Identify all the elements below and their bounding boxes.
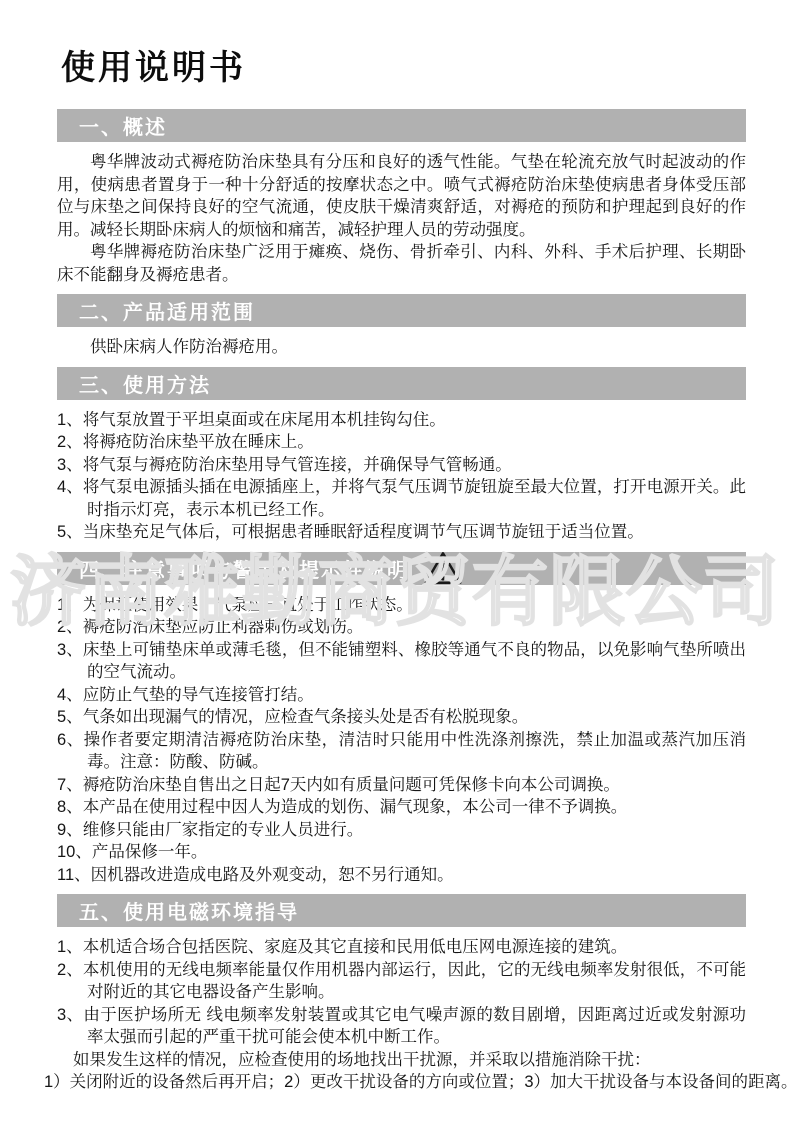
list-item: 6、操作者要定期清洁褥疮防治床垫，清洁时只能用中性洗涤剂擦洗，禁止加温或蒸汽加压… xyxy=(57,729,746,774)
list-item-number: 5、 xyxy=(57,708,83,726)
list-item-text: 将气泵电源插头插在电源插座上，并将气泵气压调节旋钮旋至最大位置，打开电源开关。此… xyxy=(83,478,746,519)
list-item: 5、气条如出现漏气的情况，应检查气条接头处是否有松脱现象。 xyxy=(57,706,746,729)
list-item-text: 当床垫充足气体后，可根据患者睡眠舒适程度调节气压调节旋钮于适当位置。 xyxy=(83,523,644,541)
section-body-overview: 粤华牌波动式褥疮防治床垫具有分压和良好的透气性能。气垫在轮流充放气时起波动的作用… xyxy=(57,142,746,294)
list-item: 5、当床垫充足气体后，可根据患者睡眠舒适程度调节气压调节旋钮于适当位置。 xyxy=(57,521,746,544)
section-heading-scope: 二、产品适用范围 xyxy=(57,294,746,327)
list-item-text: 气条如出现漏气的情况，应检查气条接头处是否有松脱现象。 xyxy=(83,708,529,726)
section-body-scope: 供卧床病人作防治褥疮用。 xyxy=(57,327,746,367)
list-item-number: 10、 xyxy=(57,843,92,861)
list-item-number: 8、 xyxy=(57,798,83,816)
list-item: 1、将气泵放置于平坦桌面或在床尾用本机挂钩勾住。 xyxy=(57,409,746,432)
paragraph: 供卧床病人作防治褥疮用。 xyxy=(57,336,746,359)
list-item-number: 11、 xyxy=(57,866,91,884)
section-heading-label: 一、概述 xyxy=(79,111,167,140)
page-content: 使用说明书 一、概述 粤华牌波动式褥疮防治床垫具有分压和良好的透气性能。气垫在轮… xyxy=(0,0,790,1102)
list-item-text: 将气泵放置于平坦桌面或在床尾用本机挂钩勾住。 xyxy=(83,411,446,429)
list-item-number: 9、 xyxy=(57,821,83,839)
section-heading-label: 四、注意事项与警示及提示性说明 xyxy=(79,554,409,583)
list-item-number: 4、 xyxy=(57,686,83,704)
list-item-number: 5、 xyxy=(57,523,83,541)
list-item: 3、床垫上可铺垫床单或薄毛毯，但不能铺塑料、橡胶等通气不良的物品，以免影响气垫所… xyxy=(57,639,746,684)
list-item-number: 1、 xyxy=(57,411,83,429)
list-item: 3、将气泵与褥疮防治床垫用导气管连接，并确保导气管畅通。 xyxy=(57,454,746,477)
list-item-number: 3、 xyxy=(57,456,83,474)
list-item: 1、为保证使用效果，气泵应一直处于工作状态。 xyxy=(57,594,746,617)
section-heading-warnings: 四、注意事项与警示及提示性说明 xyxy=(57,552,746,585)
list-item-text: 维修只能由厂家指定的专业人员进行。 xyxy=(83,821,364,839)
list-item-text: 褥疮防治床垫自售出之日起7天内如有质量问题可凭保修卡向本公司调换。 xyxy=(83,776,620,794)
page-title: 使用说明书 xyxy=(61,40,746,89)
section-body-usage: 1、将气泵放置于平坦桌面或在床尾用本机挂钩勾住。 2、将褥疮防治床垫平放在睡床上… xyxy=(57,400,746,552)
list-item-text: 本机使用的无线电频率能量仅作用机器内部运行，因此，它的无线电频率发射很低，不可能… xyxy=(83,961,746,1002)
list-item-number: 2、 xyxy=(57,618,83,636)
list-item-text: 产品保修一年。 xyxy=(92,843,208,861)
list-item-text: 由于医护场所无 线电频率发射装置或其它电气噪声源的数目剧增，因距离过近或发射源功… xyxy=(83,1006,746,1047)
list-item-text: 因机器改进造成电路及外观变动，恕不另行通知。 xyxy=(91,866,454,884)
section-heading-label: 二、产品适用范围 xyxy=(79,296,255,325)
section-heading-emc: 五、使用电磁环境指导 xyxy=(57,894,746,927)
section-body-warnings: 1、为保证使用效果，气泵应一直处于工作状态。 2、褥疮防治床垫应防止利器刺伤或划… xyxy=(57,585,746,895)
list-item: 11、因机器改进造成电路及外观变动，恕不另行通知。 xyxy=(57,864,746,887)
paragraph: 粤华牌波动式褥疮防治床垫具有分压和良好的透气性能。气垫在轮流充放气时起波动的作用… xyxy=(57,151,746,241)
section-heading-overview: 一、概述 xyxy=(57,109,746,142)
list-item: 9、维修只能由厂家指定的专业人员进行。 xyxy=(57,819,746,842)
list-item-text: 操作者要定期清洁褥疮防治床垫，清洁时只能用中性洗涤剂擦洗，禁止加温或蒸汽加压消毒… xyxy=(84,731,746,772)
section-heading-label: 五、使用电磁环境指导 xyxy=(79,896,299,925)
section-body-emc: 1、本机适合场合包括医院、家庭及其它直接和民用低电压网电源连接的建筑。 2、本机… xyxy=(57,927,746,1102)
list-item: 4、应防止气垫的导气连接管打结。 xyxy=(57,684,746,707)
list-item: 7、褥疮防治床垫自售出之日起7天内如有质量问题可凭保修卡向本公司调换。 xyxy=(57,774,746,797)
section-heading-label: 三、使用方法 xyxy=(79,369,211,398)
list-item: 4、将气泵电源插头插在电源插座上，并将气泵气压调节旋钮旋至最大位置，打开电源开关… xyxy=(57,476,746,521)
list-item: 2、本机使用的无线电频率能量仅作用机器内部运行，因此，它的无线电频率发射很低，不… xyxy=(57,959,746,1004)
closing-measures: 1）关闭附近的设备然后再开启；2）更改干扰设备的方向或位置；3）加大干扰设备与本… xyxy=(44,1071,746,1094)
list-item: 2、将褥疮防治床垫平放在睡床上。 xyxy=(57,431,746,454)
list-item-text: 将褥疮防治床垫平放在睡床上。 xyxy=(83,433,314,451)
list-item-number: 1、 xyxy=(57,938,83,956)
list-item: 8、本产品在使用过程中因人为造成的划伤、漏气现象，本公司一律不予调换。 xyxy=(57,796,746,819)
closing-note: 如果发生这样的情况，应检查使用的场地找出干扰源，并采取以措施消除干扰： xyxy=(57,1049,746,1072)
list-item-number: 2、 xyxy=(57,961,83,979)
list-item-number: 7、 xyxy=(57,776,83,794)
list-item-number: 3、 xyxy=(57,1006,83,1024)
warning-triangle-icon xyxy=(423,550,463,586)
list-item: 10、产品保修一年。 xyxy=(57,841,746,864)
list-item-number: 6、 xyxy=(57,731,84,749)
list-item-text: 将气泵与褥疮防治床垫用导气管连接，并确保导气管畅通。 xyxy=(83,456,512,474)
list-item: 2、褥疮防治床垫应防止利器刺伤或划伤。 xyxy=(57,616,746,639)
section-heading-usage: 三、使用方法 xyxy=(57,367,746,400)
list-item-text: 本机适合场合包括医院、家庭及其它直接和民用低电压网电源连接的建筑。 xyxy=(83,938,628,956)
list-item-number: 1、 xyxy=(57,596,83,614)
manual-page: 济南雅勤商贸有限公司 使用说明书 一、概述 粤华牌波动式褥疮防治床垫具有分压和良… xyxy=(0,0,790,1129)
paragraph: 粤华牌褥疮防治床垫广泛用于瘫痪、烧伤、骨折牵引、内科、外科、手术后护理、长期卧床… xyxy=(57,241,746,286)
list-item-text: 本产品在使用过程中因人为造成的划伤、漏气现象，本公司一律不予调换。 xyxy=(83,798,628,816)
list-item-text: 褥疮防治床垫应防止利器刺伤或划伤。 xyxy=(83,618,364,636)
list-item-number: 4、 xyxy=(57,478,83,496)
list-item-text: 床垫上可铺垫床单或薄毛毯，但不能铺塑料、橡胶等通气不良的物品，以免影响气垫所喷出… xyxy=(83,641,746,682)
list-item: 1、本机适合场合包括医院、家庭及其它直接和民用低电压网电源连接的建筑。 xyxy=(57,936,746,959)
list-item: 3、由于医护场所无 线电频率发射装置或其它电气噪声源的数目剧增，因距离过近或发射… xyxy=(57,1004,746,1049)
list-item-number: 3、 xyxy=(57,641,83,659)
list-item-text: 应防止气垫的导气连接管打结。 xyxy=(83,686,314,704)
list-item-text: 为保证使用效果，气泵应一直处于工作状态。 xyxy=(83,596,413,614)
list-item-number: 2、 xyxy=(57,433,83,451)
